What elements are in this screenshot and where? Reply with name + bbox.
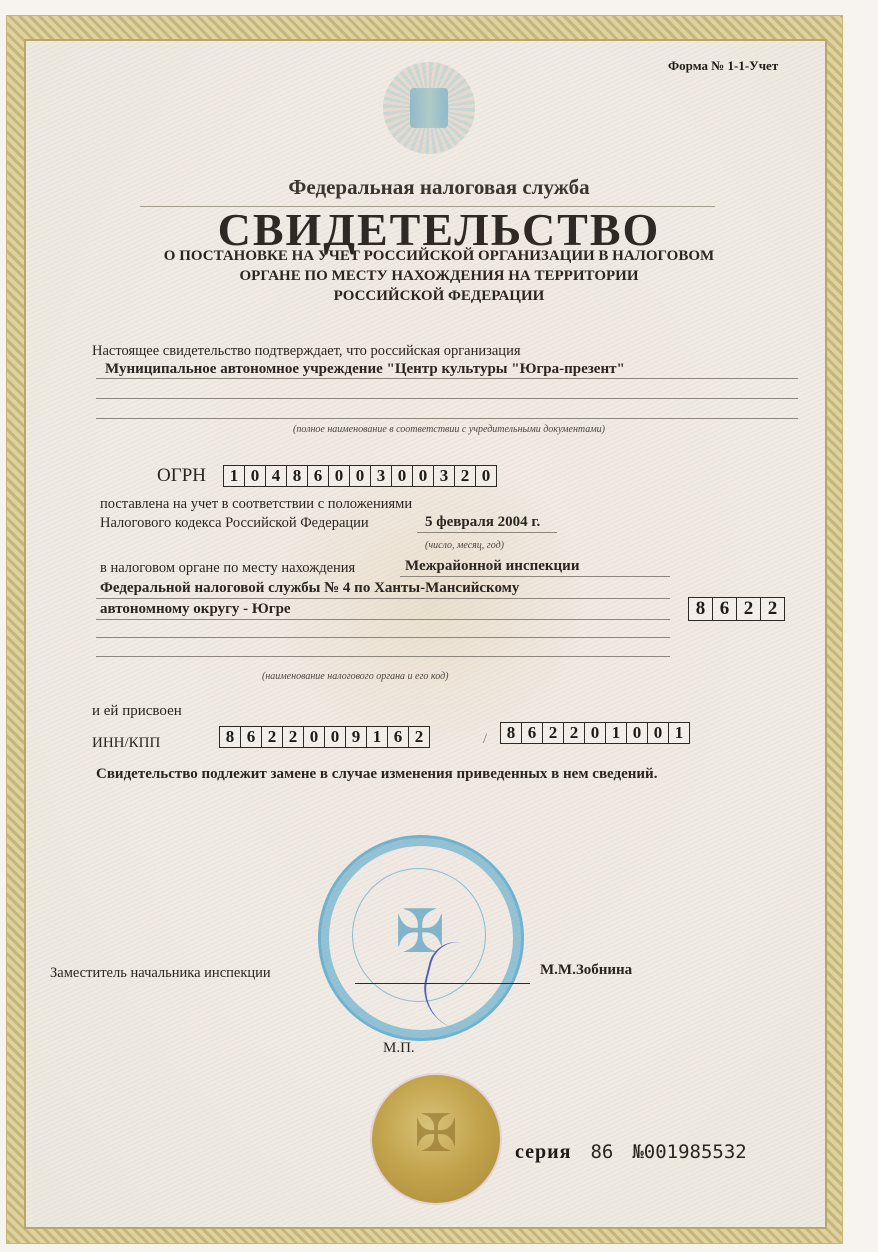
tax-code-digit: 8 (689, 598, 713, 620)
field-line (96, 598, 670, 599)
ogrn-digit-boxes: 1048600300320 (223, 465, 497, 487)
kpp-digit: 1 (669, 723, 689, 743)
serial-number: серия 86 №001985532 (515, 1141, 747, 1164)
field-line (96, 418, 798, 419)
organization-intro: Настоящее свидетельство подтверждает, чт… (92, 343, 521, 360)
tax-authority-caption: (наименование налогового органа и его ко… (262, 671, 448, 682)
registration-line-2: Налогового кодекса Российской Федерации (100, 515, 369, 532)
field-line (400, 576, 670, 577)
kpp-digit-boxes: 862201001 (500, 722, 690, 744)
field-line (96, 637, 670, 638)
agency-name: Федеральная налоговая служба (0, 175, 878, 200)
replacement-notice: Свидетельство подлежит замене в случае и… (96, 766, 657, 783)
subtitle-line: ОРГАНЕ ПО МЕСТУ НАХОЖДЕНИЯ НА ТЕРРИТОРИИ (0, 266, 878, 286)
subtitle-line: О ПОСТАНОВКЕ НА УЧЕТ РОССИЙСКОЙ ОРГАНИЗА… (0, 246, 878, 266)
series-label: серия (515, 1141, 571, 1163)
inn-kpp-separator: / (483, 731, 487, 748)
kpp-digit: 2 (564, 723, 585, 743)
inn-digit: 9 (346, 727, 367, 747)
kpp-digit: 1 (606, 723, 627, 743)
tax-code-digit: 2 (761, 598, 784, 620)
kpp-digit: 2 (543, 723, 564, 743)
ogrn-digit: 1 (224, 466, 245, 486)
ogrn-digit: 0 (413, 466, 434, 486)
tax-authority-name-line: автономному округу - Югре (100, 601, 291, 618)
ogrn-digit: 6 (308, 466, 329, 486)
kpp-digit: 0 (627, 723, 648, 743)
form-number: Форма № 1-1-Учет (668, 58, 778, 74)
ogrn-digit: 0 (350, 466, 371, 486)
kpp-digit: 0 (648, 723, 669, 743)
ogrn-digit: 0 (476, 466, 496, 486)
kpp-digit: 8 (501, 723, 522, 743)
field-line (96, 378, 798, 379)
tax-authority-intro: в налоговом органе по месту нахождения (100, 560, 355, 577)
inn-digit: 8 (220, 727, 241, 747)
inn-digit: 2 (409, 727, 429, 747)
certificate-subtitle: О ПОСТАНОВКЕ НА УЧЕТ РОССИЙСКОЙ ОРГАНИЗА… (0, 246, 878, 306)
inn-digit: 6 (388, 727, 409, 747)
inn-digit-boxes: 8622009162 (219, 726, 430, 748)
ogrn-digit: 3 (371, 466, 392, 486)
field-line (96, 619, 670, 620)
inn-digit: 1 (367, 727, 388, 747)
assigned-intro: и ей присвоен (92, 703, 182, 720)
ogrn-digit: 8 (287, 466, 308, 486)
field-line (417, 532, 557, 533)
ogrn-digit: 0 (245, 466, 266, 486)
inn-digit: 6 (241, 727, 262, 747)
ogrn-digit: 3 (434, 466, 455, 486)
date-caption: (число, месяц, год) (425, 540, 504, 551)
emblem-icon (410, 88, 448, 128)
inn-digit: 2 (262, 727, 283, 747)
kpp-digit: 6 (522, 723, 543, 743)
tax-authority-name-line: Межрайонной инспекции (405, 558, 579, 575)
ogrn-label: ОГРН (157, 465, 206, 487)
tax-authority-name-line: Федеральной налоговой службы № 4 по Хант… (100, 580, 519, 597)
tax-code-digit: 6 (713, 598, 737, 620)
embossed-eagle-icon: ✠ (402, 1100, 470, 1170)
inn-digit: 0 (325, 727, 346, 747)
document-number: №001985532 (632, 1141, 746, 1163)
tax-authority-code-boxes: 8622 (688, 597, 785, 621)
certificate-page: Форма № 1-1-Учет Федеральная налоговая с… (0, 0, 878, 1252)
ogrn-digit: 0 (392, 466, 413, 486)
inn-digit: 2 (283, 727, 304, 747)
field-line (96, 656, 670, 657)
ogrn-digit: 4 (266, 466, 287, 486)
stamp-place-label: М.П. (383, 1040, 415, 1057)
registration-line-1: поставлена на учет в соответствии с поло… (100, 496, 412, 513)
field-line (96, 398, 798, 399)
signatory-name: М.М.Зобнина (540, 962, 632, 979)
registration-date: 5 февраля 2004 г. (425, 514, 540, 531)
organization-name: Муниципальное автономное учреждение "Цен… (105, 361, 625, 378)
kpp-digit: 0 (585, 723, 606, 743)
ogrn-digit: 2 (455, 466, 476, 486)
series-value: 86 (590, 1141, 613, 1163)
tax-code-digit: 2 (737, 598, 761, 620)
ogrn-digit: 0 (329, 466, 350, 486)
signatory-position: Заместитель начальника инспекции (50, 965, 271, 982)
inn-kpp-label: ИНН/КПП (92, 735, 160, 752)
organization-caption: (полное наименование в соответствии с уч… (0, 424, 878, 435)
subtitle-line: РОССИЙСКОЙ ФЕДЕРАЦИИ (0, 286, 878, 306)
inn-digit: 0 (304, 727, 325, 747)
